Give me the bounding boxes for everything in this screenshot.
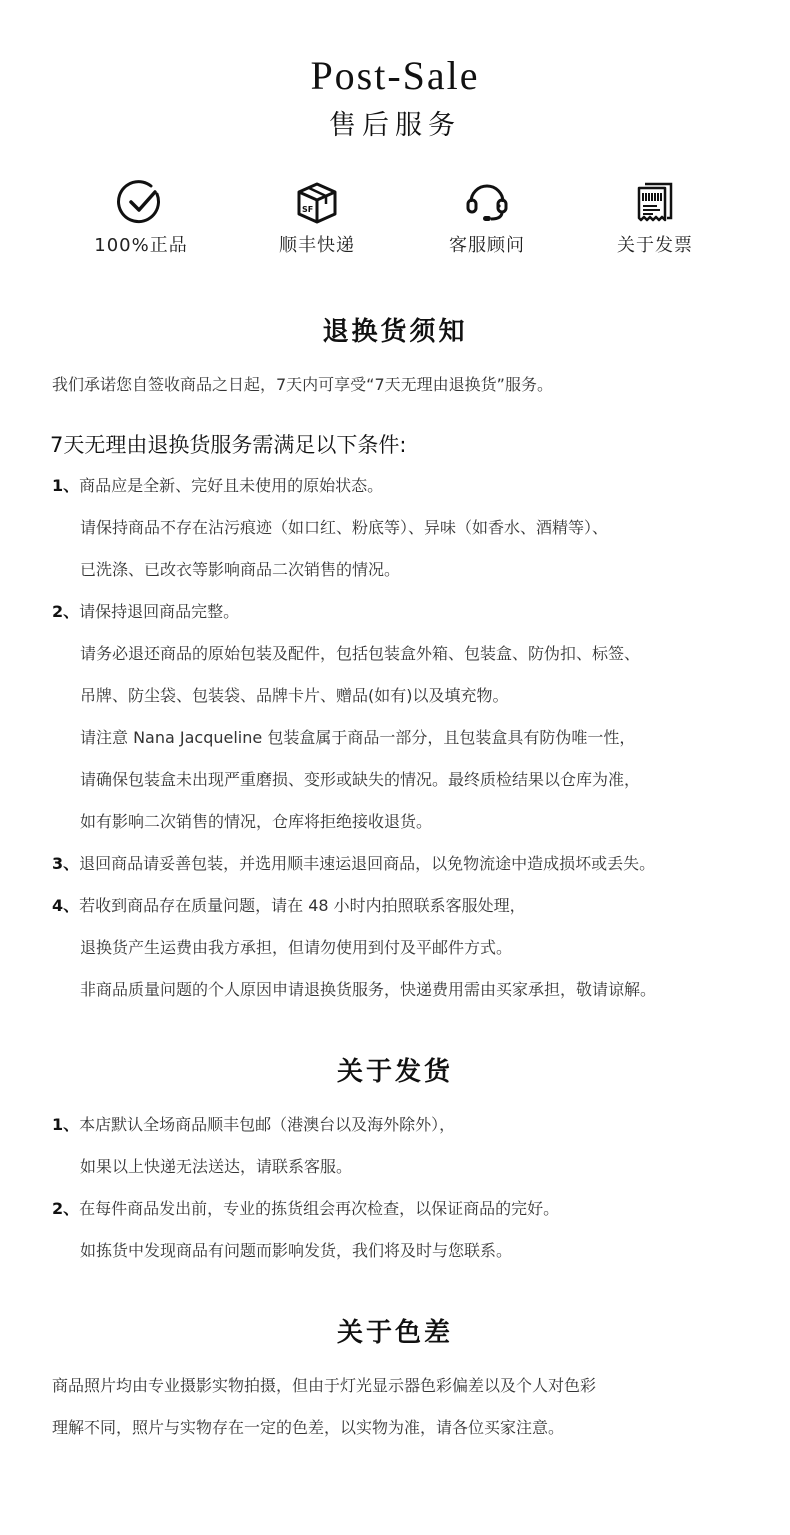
item-number: 4、 xyxy=(52,896,79,915)
shipping-item-2: 2、在每件商品发出前，专业的拣货组会再次检查，以保证商品的完好。 xyxy=(52,1198,559,1220)
item-text: 请保持退回商品完整。 xyxy=(79,602,239,621)
item-text: 本店默认全场商品顺丰包邮（港澳台以及海外除外）， xyxy=(79,1115,455,1134)
condition-line: 吊牌、防尘袋、包装袋、品牌卡片、赠品(如有)以及填充物。 xyxy=(80,685,509,707)
receipt-icon xyxy=(631,178,679,226)
sf-box-icon: SF xyxy=(293,178,341,226)
color-heading: 关于色差 xyxy=(0,1316,790,1350)
condition-line: 请保持商品不存在沾污痕迹（如口红、粉底等）、异味（如香水、酒精等）、 xyxy=(80,517,608,539)
page-title-cn: 售后服务 xyxy=(0,108,790,144)
shipping-line: 如拣货中发现商品有问题而影响发货，我们将及时与您联系。 xyxy=(80,1240,512,1262)
item-text: 在每件商品发出前，专业的拣货组会再次检查，以保证商品的完好。 xyxy=(79,1199,559,1218)
conditions-title: 7天无理由退换货服务需满足以下条件: xyxy=(50,431,406,459)
condition-line: 已洗涤、已改衣等影响商品二次销售的情况。 xyxy=(80,559,400,581)
item-number: 2、 xyxy=(52,602,79,621)
condition-line: 请务必退还商品的原始包装及配件，包括包装盒外箱、包装盒、防伪扣、标签、 xyxy=(80,643,640,665)
feature-label: 关于发票 xyxy=(570,234,740,258)
shipping-item-1: 1、本店默认全场商品顺丰包邮（港澳台以及海外除外）， xyxy=(52,1114,455,1136)
check-circle-icon xyxy=(117,178,165,226)
feature-authentic: 100%正品 xyxy=(56,178,226,258)
headset-icon xyxy=(463,178,511,226)
feature-invoice: 关于发票 xyxy=(570,178,740,258)
color-line: 理解不同，照片与实物存在一定的色差，以实物为准，请各位买家注意。 xyxy=(52,1417,564,1439)
condition-item-3: 3、退回商品请妥善包装，并选用顺丰速运退回商品，以免物流途中造成损坏或丢失。 xyxy=(52,853,655,875)
condition-line: 非商品质量问题的个人原因申请退换货服务，快递费用需由买家承担，敬请谅解。 xyxy=(80,979,656,1001)
condition-item-1: 1、商品应是全新、完好且未使用的原始状态。 xyxy=(52,475,383,497)
shipping-line: 如果以上快递无法送达，请联系客服。 xyxy=(80,1156,352,1178)
item-number: 3、 xyxy=(52,854,79,873)
feature-sf-express: SF 顺丰快递 xyxy=(232,178,402,258)
condition-line: 如有影响二次销售的情况，仓库将拒绝接收退货。 xyxy=(80,811,432,833)
feature-label: 客服顾问 xyxy=(402,234,572,258)
feature-label: 100%正品 xyxy=(56,234,226,258)
feature-label: 顺丰快递 xyxy=(232,234,402,258)
condition-line: 退换货产生运费由我方承担，但请勿使用到付及平邮件方式。 xyxy=(80,937,512,959)
svg-text:SF: SF xyxy=(302,205,313,214)
returns-heading: 退换货须知 xyxy=(0,315,790,349)
condition-item-4: 4、若收到商品存在质量问题，请在 48 小时内拍照联系客服处理， xyxy=(52,895,526,917)
item-number: 1、 xyxy=(52,476,79,495)
shipping-heading: 关于发货 xyxy=(0,1055,790,1089)
item-text: 商品应是全新、完好且未使用的原始状态。 xyxy=(79,476,383,495)
returns-intro: 我们承诺您自签收商品之日起，7天内可享受“7天无理由退换货”服务。 xyxy=(52,374,553,396)
page-title-en: Post-Sale xyxy=(0,52,790,100)
item-number: 1、 xyxy=(52,1115,79,1134)
item-text: 若收到商品存在质量问题，请在 48 小时内拍照联系客服处理， xyxy=(79,896,526,915)
condition-line: 请确保包装盒未出现严重磨损、变形或缺失的情况。最终质检结果以仓库为准， xyxy=(80,769,640,791)
condition-item-2: 2、请保持退回商品完整。 xyxy=(52,601,239,623)
feature-customer-service: 客服顾问 xyxy=(402,178,572,258)
item-text: 退回商品请妥善包装，并选用顺丰速运退回商品，以免物流途中造成损坏或丢失。 xyxy=(79,854,655,873)
item-number: 2、 xyxy=(52,1199,79,1218)
color-line: 商品照片均由专业摄影实物拍摄，但由于灯光显示器色彩偏差以及个人对色彩 xyxy=(52,1375,596,1397)
condition-line: 请注意 Nana Jacqueline 包装盒属于商品一部分，且包装盒具有防伪唯… xyxy=(80,727,635,749)
